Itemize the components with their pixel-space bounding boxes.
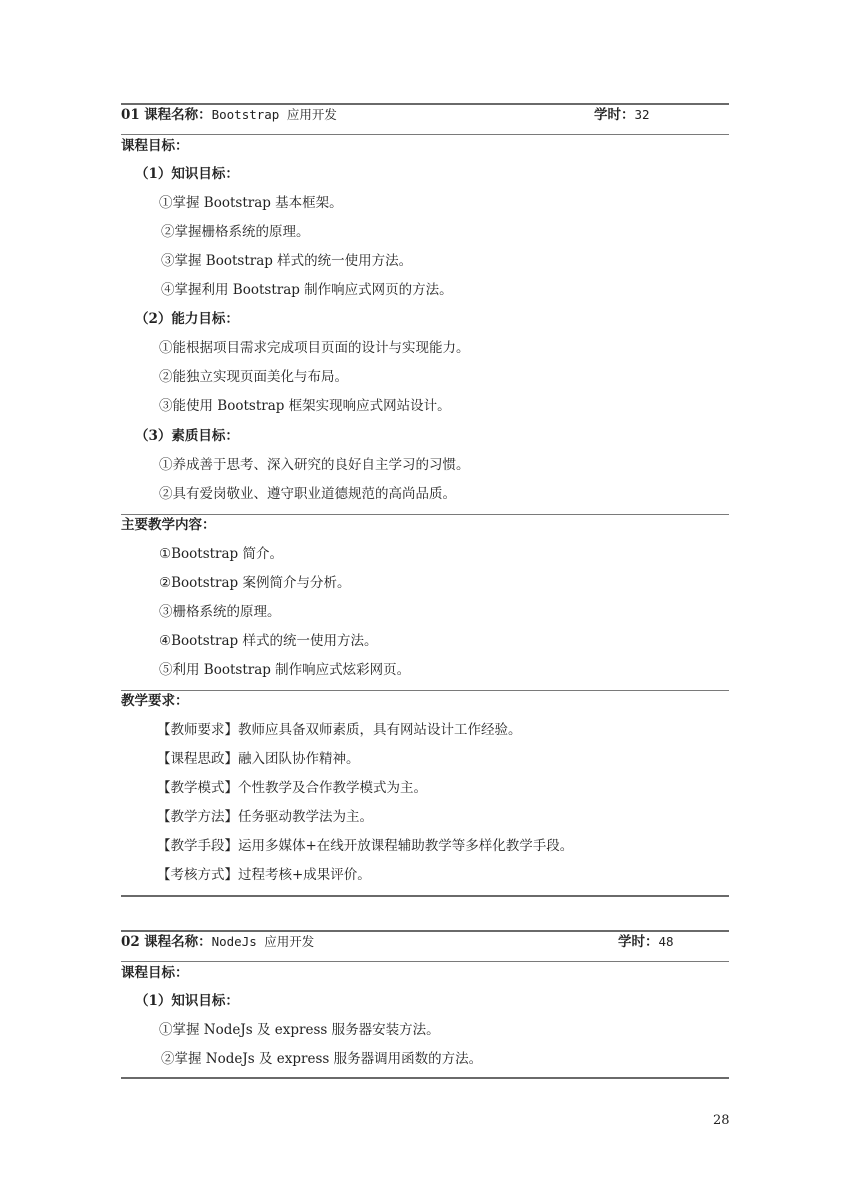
content-item: ③栅格系统的原理。 [121, 603, 767, 621]
requirement-item: 【教师要求】教师应具备双师素质，具有网站设计工作经验。 [121, 721, 765, 739]
requirement-item: 【课程思政】融入团队协作精神。 [121, 750, 765, 768]
section-divider [121, 690, 729, 691]
knowledge-item: ②掌握栅格系统的原理。 [121, 223, 769, 241]
course-title-row: 02 课程名称：NodeJs 应用开发 学时：48 [121, 933, 729, 951]
content-item: ①Bootstrap 简介。 [121, 545, 767, 563]
quality-heading: （3）素质目标： [121, 427, 743, 445]
course-number: 02 [121, 934, 140, 950]
page-number: 28 [713, 1113, 730, 1128]
hours-value: 32 [635, 107, 650, 122]
quality-item: ①养成善于思考、深入研究的良好自主学习的习惯。 [121, 456, 767, 474]
course-hours: 学时：48 [618, 933, 674, 951]
quality-item: ②具有爱岗敬业、遵守职业道德规范的高尚品质。 [121, 485, 767, 503]
requirement-item: 【考核方式】过程考核+成果评价。 [121, 866, 765, 884]
table-bottom-rule [121, 895, 729, 897]
objectives-heading: 课程目标： [121, 964, 729, 982]
ability-heading: （2）能力目标： [121, 310, 743, 328]
section-divider [121, 514, 729, 515]
table-top-rule [121, 930, 729, 932]
course-table-02: 02 课程名称：NodeJs 应用开发 学时：48 课程目标： （1）知识目标：… [121, 930, 729, 1080]
objectives-heading: 课程目标： [121, 137, 729, 155]
ability-item: ②能独立实现页面美化与布局。 [121, 368, 767, 386]
course-title-row: 01 课程名称：Bootstrap 应用开发 学时：32 [121, 106, 729, 124]
document-page: 01 课程名称：Bootstrap 应用开发 学时：32 课程目标： （1）知识… [0, 0, 850, 1202]
content-item: ⑤利用 Bootstrap 制作响应式炫彩网页。 [121, 661, 767, 679]
course-name: NodeJs 应用开发 [212, 934, 315, 949]
title-divider [121, 134, 729, 135]
table-top-rule [121, 103, 729, 105]
requirements-heading: 教学要求： [121, 692, 729, 710]
course-table-01: 01 课程名称：Bootstrap 应用开发 学时：32 课程目标： （1）知识… [121, 103, 729, 898]
course-hours: 学时：32 [594, 106, 650, 124]
content-item: ④Bootstrap 样式的统一使用方法。 [121, 632, 767, 650]
course-name: Bootstrap 应用开发 [212, 107, 337, 122]
hours-label: 学时： [618, 934, 659, 950]
knowledge-heading: （1）知识目标： [121, 992, 743, 1010]
knowledge-item: ③掌握 Bootstrap 样式的统一使用方法。 [121, 252, 769, 270]
knowledge-item: ④掌握利用 Bootstrap 制作响应式网页的方法。 [121, 281, 769, 299]
hours-value: 48 [659, 934, 674, 949]
course-name-label: 课程名称： [144, 934, 212, 950]
content-item: ②Bootstrap 案例简介与分析。 [121, 574, 767, 592]
knowledge-heading: （1）知识目标： [121, 165, 743, 183]
table-bottom-rule [121, 1077, 729, 1079]
content-heading: 主要教学内容： [121, 516, 729, 534]
hours-label: 学时： [594, 107, 635, 123]
knowledge-item: ②掌握 NodeJs 及 express 服务器调用函数的方法。 [121, 1050, 769, 1068]
ability-item: ①能根据项目需求完成项目页面的设计与实现能力。 [121, 339, 767, 357]
knowledge-item: ①掌握 Bootstrap 基本框架。 [121, 194, 767, 212]
course-number: 01 [121, 107, 140, 123]
knowledge-item: ①掌握 NodeJs 及 express 服务器安装方法。 [121, 1021, 767, 1039]
requirement-item: 【教学模式】个性教学及合作教学模式为主。 [121, 779, 765, 797]
ability-item: ③能使用 Bootstrap 框架实现响应式网站设计。 [121, 397, 767, 415]
requirement-item: 【教学方法】任务驱动教学法为主。 [121, 808, 765, 826]
title-divider [121, 961, 729, 962]
requirement-item: 【教学手段】运用多媒体+在线开放课程辅助教学等多样化教学手段。 [121, 837, 765, 855]
course-name-label: 课程名称： [144, 107, 212, 123]
